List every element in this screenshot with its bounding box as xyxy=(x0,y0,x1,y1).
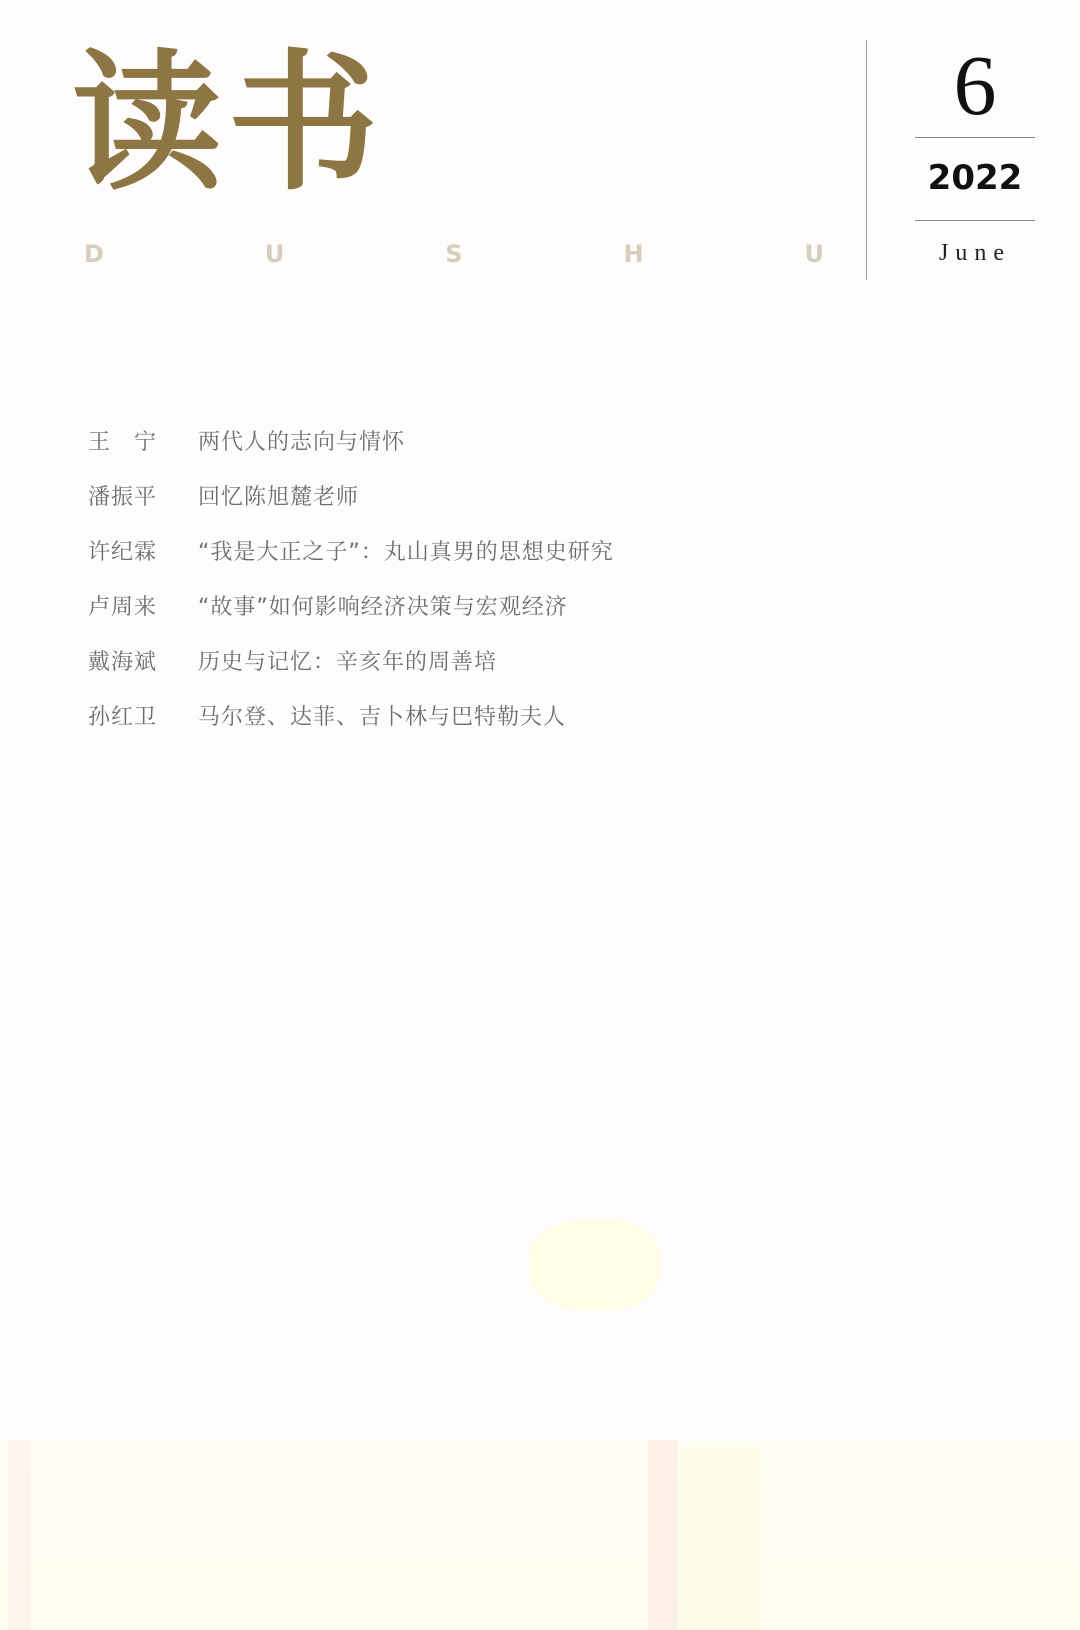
toc-title: “故事”如何影响经济决策与宏观经济 xyxy=(198,593,568,623)
table-of-contents: 王 宁 两代人的志向与情怀 潘振平 回忆陈旭麓老师 许纪霖 “我是大正之子”：丸… xyxy=(88,428,614,758)
toc-title: “我是大正之子”：丸山真男的思想史研究 xyxy=(198,538,614,568)
issue-month: June xyxy=(915,240,1035,267)
vertical-divider xyxy=(866,40,867,280)
horizontal-divider xyxy=(915,137,1035,138)
cover-background-illustration xyxy=(0,1440,1080,1630)
toc-entry: 孙红卫 马尔登、达菲、吉卜林与巴特勒夫人 xyxy=(88,703,614,758)
pinyin-letter: H xyxy=(623,240,643,268)
cover-illustration-pillar xyxy=(648,1440,678,1630)
cover-illustration-glow xyxy=(530,1220,660,1310)
toc-title: 两代人的志向与情怀 xyxy=(198,428,405,458)
toc-title: 历史与记忆：辛亥年的周善培 xyxy=(198,648,497,678)
toc-entry: 戴海斌 历史与记忆：辛亥年的周善培 xyxy=(88,648,614,703)
pinyin-letter: D xyxy=(84,240,104,268)
toc-entry: 许纪霖 “我是大正之子”：丸山真男的思想史研究 xyxy=(88,538,614,593)
toc-author: 许纪霖 xyxy=(88,538,198,568)
toc-author: 潘振平 xyxy=(88,483,198,513)
toc-title: 回忆陈旭麓老师 xyxy=(198,483,359,513)
toc-author: 戴海斌 xyxy=(88,648,198,678)
cover-illustration-pillar xyxy=(8,1440,30,1630)
pinyin-letter: U xyxy=(265,240,285,268)
masthead-title: 读书 xyxy=(72,38,384,208)
toc-author: 孙红卫 xyxy=(88,703,198,733)
pinyin-letter: S xyxy=(445,240,462,268)
pinyin-letter: U xyxy=(805,240,825,268)
toc-entry: 王 宁 两代人的志向与情怀 xyxy=(88,428,614,483)
toc-title: 马尔登、达菲、吉卜林与巴特勒夫人 xyxy=(198,703,566,733)
toc-entry: 卢周来 “故事”如何影响经济决策与宏观经济 xyxy=(88,593,614,648)
horizontal-divider xyxy=(915,220,1035,221)
toc-entry: 潘振平 回忆陈旭麓老师 xyxy=(88,483,614,538)
cover-illustration-pillar xyxy=(680,1448,760,1630)
issue-number: 6 xyxy=(915,35,1035,135)
toc-author: 卢周来 xyxy=(88,593,198,623)
issue-year: 2022 xyxy=(915,158,1035,198)
toc-author: 王 宁 xyxy=(88,428,198,458)
masthead-pinyin: D U S H U xyxy=(84,240,824,268)
